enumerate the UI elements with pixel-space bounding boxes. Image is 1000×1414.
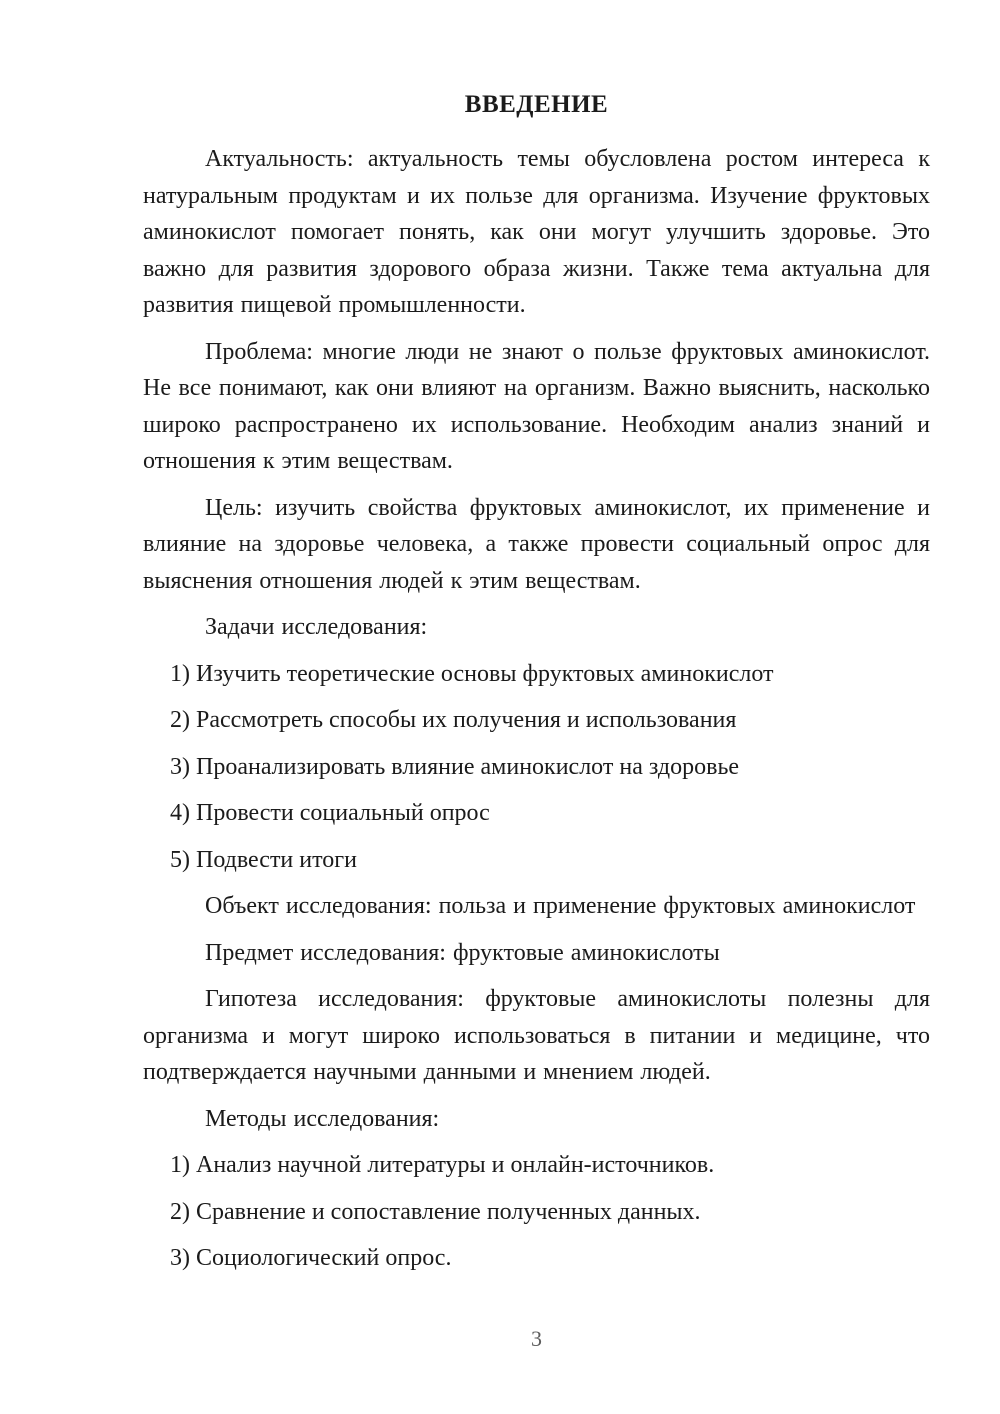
paragraph-problema: Проблема: многие люди не знают о пользе … [143, 334, 930, 480]
paragraph-obekt: Объект исследования: польза и применение… [143, 888, 930, 925]
page-number: 3 [143, 1324, 930, 1354]
paragraph-gipoteza: Гипотеза исследования: фруктовые аминоки… [143, 981, 930, 1091]
task-item-1: 1) Изучить теоретические основы фруктовы… [143, 656, 930, 693]
paragraph-aktualnost: Актуальность: актуальность темы обусловл… [143, 141, 930, 324]
task-item-5: 5) Подвести итоги [143, 842, 930, 879]
page-title: ВВЕДЕНИЕ [143, 86, 930, 123]
methods-list: 1) Анализ научной литературы и онлайн-ис… [143, 1147, 930, 1277]
tasks-list: 1) Изучить теоретические основы фруктовы… [143, 656, 930, 879]
task-item-3: 3) Проанализировать влияние аминокислот … [143, 749, 930, 786]
task-item-4: 4) Провести социальный опрос [143, 795, 930, 832]
paragraph-tsel: Цель: изучить свойства фруктовых аминоки… [143, 490, 930, 600]
method-item-2: 2) Сравнение и сопоставление полученных … [143, 1194, 930, 1231]
method-item-1: 1) Анализ научной литературы и онлайн-ис… [143, 1147, 930, 1184]
document-page: ВВЕДЕНИЕ Актуальность: актуальность темы… [0, 0, 1000, 1414]
paragraph-predmet: Предмет исследования: фруктовые аминокис… [143, 935, 930, 972]
tasks-heading: Задачи исследования: [143, 609, 930, 646]
method-item-3: 3) Социологический опрос. [143, 1240, 930, 1277]
task-item-2: 2) Рассмотреть способы их получения и ис… [143, 702, 930, 739]
methods-heading: Методы исследования: [143, 1101, 930, 1138]
